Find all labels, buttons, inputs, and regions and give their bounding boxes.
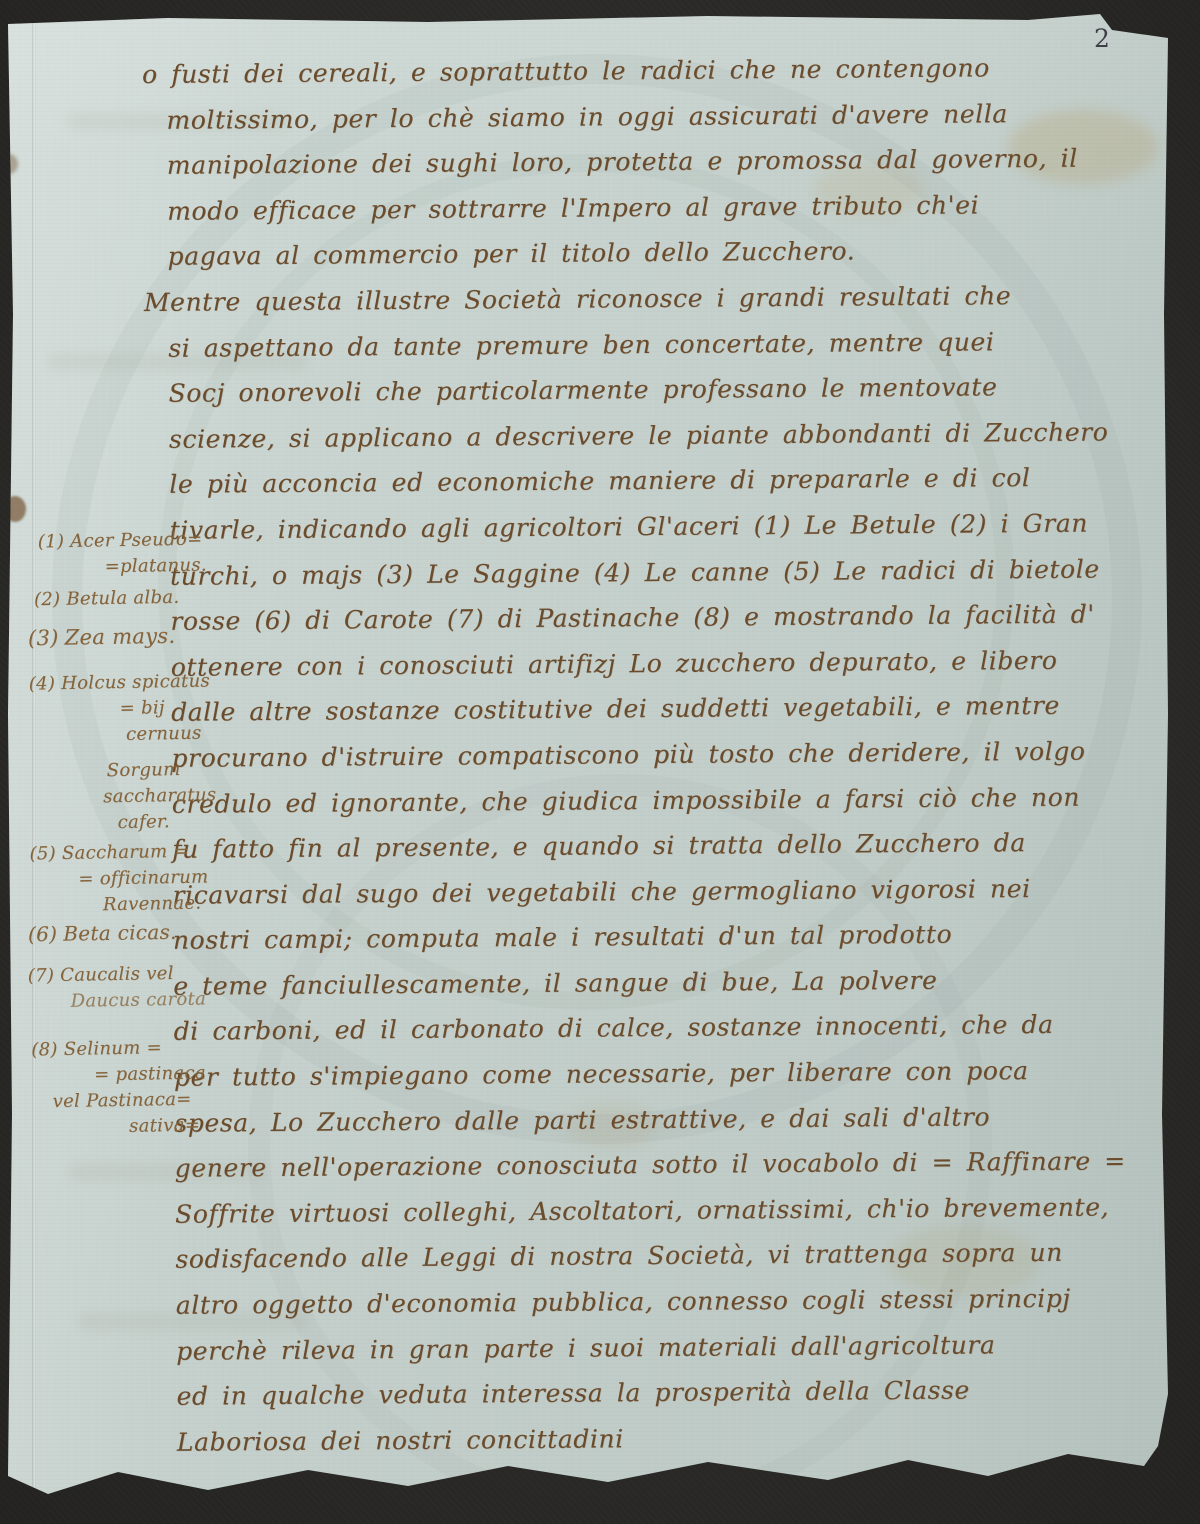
manuscript-line: sodisfacendo alle Leggi di nostra Societ… xyxy=(175,1237,1161,1290)
manuscript-line: per tutto s'impiegano come necessarie, p… xyxy=(174,1055,1160,1108)
manuscript-line: e teme fanciullescamente, il sangue di b… xyxy=(173,964,1159,1017)
fold-crease xyxy=(32,14,36,1500)
manuscript-line: moltissimo, per lo chè siamo in oggi ass… xyxy=(166,98,1152,151)
manuscript-line: genere nell'operazione conosciuta sotto … xyxy=(175,1146,1161,1199)
manuscript-line: spesa, Lo Zucchero dalle parti estrattiv… xyxy=(174,1101,1160,1154)
manuscript-line: Laboriosa dei nostri concittadini xyxy=(177,1420,1163,1473)
manuscript-paper: 2 o fusti dei cereali, e soprattutto le … xyxy=(8,14,1168,1500)
manuscript-line: dalle altre sostanze costitutive dei sud… xyxy=(171,690,1157,743)
manuscript-line: turchi, o majs (3) Le Saggine (4) Le can… xyxy=(170,554,1156,607)
ink-edge-mark xyxy=(4,496,26,522)
manuscript-line: si aspettano da tante premure ben concer… xyxy=(168,326,1154,379)
manuscript-line: le più acconcia ed economiche maniere di… xyxy=(169,462,1155,515)
manuscript-text: o fusti dei cereali, e soprattutto le ra… xyxy=(142,52,1163,1473)
manuscript-line: manipolazione dei sughi loro, protetta e… xyxy=(167,143,1153,196)
manuscript-line: procurano d'istruire compatiscono più to… xyxy=(171,736,1157,789)
note-number: (2) xyxy=(34,587,61,613)
manuscript-line: fu fatto fin al presente, e quando si tr… xyxy=(172,827,1158,880)
manuscript-line: credulo ed ignorante, che giudica imposs… xyxy=(172,782,1158,835)
manuscript-line: ricavarsi dal sugo dei vegetabili che ge… xyxy=(172,873,1158,926)
manuscript-line: scienze, si applicano a descrivere le pi… xyxy=(169,417,1155,470)
manuscript-line: ottenere con i conosciuti artifizj Lo zu… xyxy=(171,645,1157,698)
manuscript-line: o fusti dei cereali, e soprattutto le ra… xyxy=(142,52,1152,106)
manuscript-line: Soffrite virtuosi colleghi, Ascoltatori,… xyxy=(175,1192,1161,1245)
manuscript-line: ed in qualche veduta interessa la prospe… xyxy=(176,1374,1162,1427)
page-number: 2 xyxy=(1094,24,1111,53)
manuscript-line: perchè rileva in gran parte i suoi mater… xyxy=(176,1329,1162,1382)
manuscript-line: altro oggetto d'economia pubblica, conne… xyxy=(176,1283,1162,1336)
manuscript-line: Socj onorevoli che particolarmente profe… xyxy=(169,371,1155,424)
manuscript-line: rosse (6) di Carote (7) di Pastinache (8… xyxy=(170,599,1156,652)
scanned-manuscript-view: { "page": { "number": "2" }, "manuscript… xyxy=(0,0,1200,1524)
ink-edge-mark xyxy=(0,154,18,174)
manuscript-line: tivarle, indicando agli agricoltori Gl'a… xyxy=(170,508,1156,561)
note-number: (1) xyxy=(38,529,65,555)
manuscript-line: nostri campi; computa male i resultati d… xyxy=(173,918,1159,971)
manuscript-line: Mentre questa illustre Società riconosce… xyxy=(144,280,1154,334)
manuscript-line: pagava al commercio per il titolo dello … xyxy=(167,234,1153,287)
manuscript-line: modo efficace per sottrarre l'Impero al … xyxy=(167,189,1153,242)
manuscript-line: di carboni, ed il carbonato di calce, so… xyxy=(174,1010,1160,1063)
